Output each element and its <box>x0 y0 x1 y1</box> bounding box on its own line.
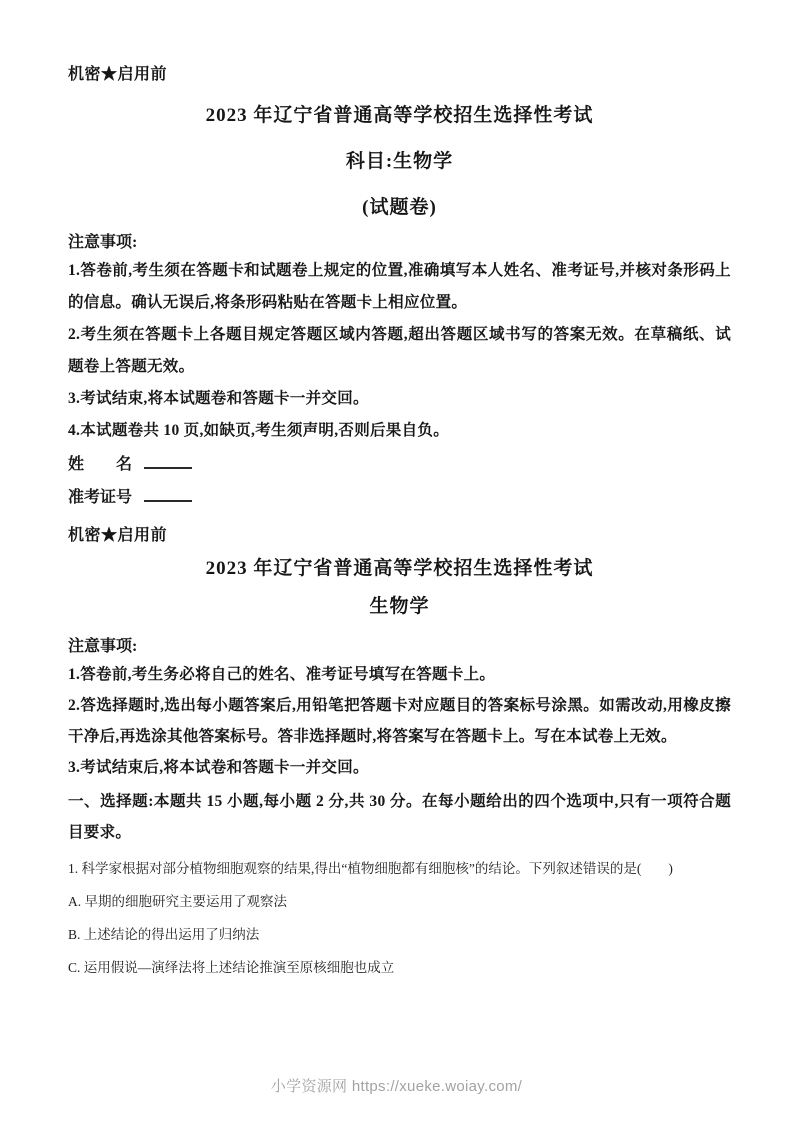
site-url: https://xueke.woiay.com/ <box>352 1078 522 1095</box>
notice-1-item-4: 4.本试题卷共 10 页,如缺页,考生须声明,否则后果自负。 <box>68 415 731 447</box>
paper-type-line: (试题卷) <box>68 194 731 222</box>
exam-id-field-label: 准考证号 <box>68 489 132 506</box>
notice-2-item-2: 2.答选择题时,选出每小题答案后,用铅笔把答题卡对应题目的答案标号涂黑。如需改动… <box>68 690 731 752</box>
name-field-row: 姓 名 <box>68 450 731 480</box>
notice-heading-2: 注意事项: <box>68 635 731 659</box>
name-field-blank-line <box>144 451 192 469</box>
exam-paper-page: 机密★启用前 2023 年辽宁省普通高等学校招生选择性考试 科目:生物学 (试题… <box>0 0 793 1122</box>
notice-2-item-1: 1.答卷前,考生务必将自己的姓名、准考证号填写在答题卡上。 <box>68 659 731 690</box>
site-name: 小学资源网 <box>271 1078 348 1095</box>
notice-heading-1: 注意事项: <box>68 231 731 255</box>
classification-banner-2: 机密★启用前 <box>68 525 731 547</box>
question-1-text: 1. 科学家根据对部分植物细胞观察的结果,得出“植物细胞都有细胞核”的结论。下列… <box>68 859 731 879</box>
question-1-option-c: C. 运用假说—演绎法将上述结论推演至原核细胞也成立 <box>68 958 731 978</box>
name-field-label: 姓 名 <box>68 456 132 473</box>
notice-1-item-3: 3.考试结束,将本试题卷和答题卡一并交回。 <box>68 383 731 415</box>
notice-1-item-1: 1.答卷前,考生须在答题卡和试题卷上规定的位置,准确填写本人姓名、准考证号,并核… <box>68 255 731 319</box>
exam-subject-2: 生物学 <box>68 593 731 621</box>
exam-id-field-blank-line <box>144 484 192 502</box>
question-1-option-b: B. 上述结论的得出运用了归纳法 <box>68 925 731 945</box>
exam-title-1: 2023 年辽宁省普通高等学校招生选择性考试 <box>68 102 731 130</box>
classification-banner-1: 机密★启用前 <box>68 64 731 86</box>
exam-subject-line: 科目:生物学 <box>68 148 731 176</box>
notice-1-item-2: 2.考生须在答题卡上各题目规定答题区域内答题,超出答题区域书写的答案无效。在草稿… <box>68 319 731 383</box>
exam-id-field-row: 准考证号 <box>68 483 731 513</box>
exam-title-2: 2023 年辽宁省普通高等学校招生选择性考试 <box>68 555 731 583</box>
site-watermark-footer: 小学资源网 https://xueke.woiay.com/ <box>0 1075 793 1096</box>
section-1-heading: 一、选择题:本题共 15 小题,每小题 2 分,共 30 分。在每小题给出的四个… <box>68 786 731 848</box>
notice-2-item-3: 3.考试结束后,将本试卷和答题卡一并交回。 <box>68 752 731 783</box>
question-1-option-a: A. 早期的细胞研究主要运用了观察法 <box>68 892 731 912</box>
